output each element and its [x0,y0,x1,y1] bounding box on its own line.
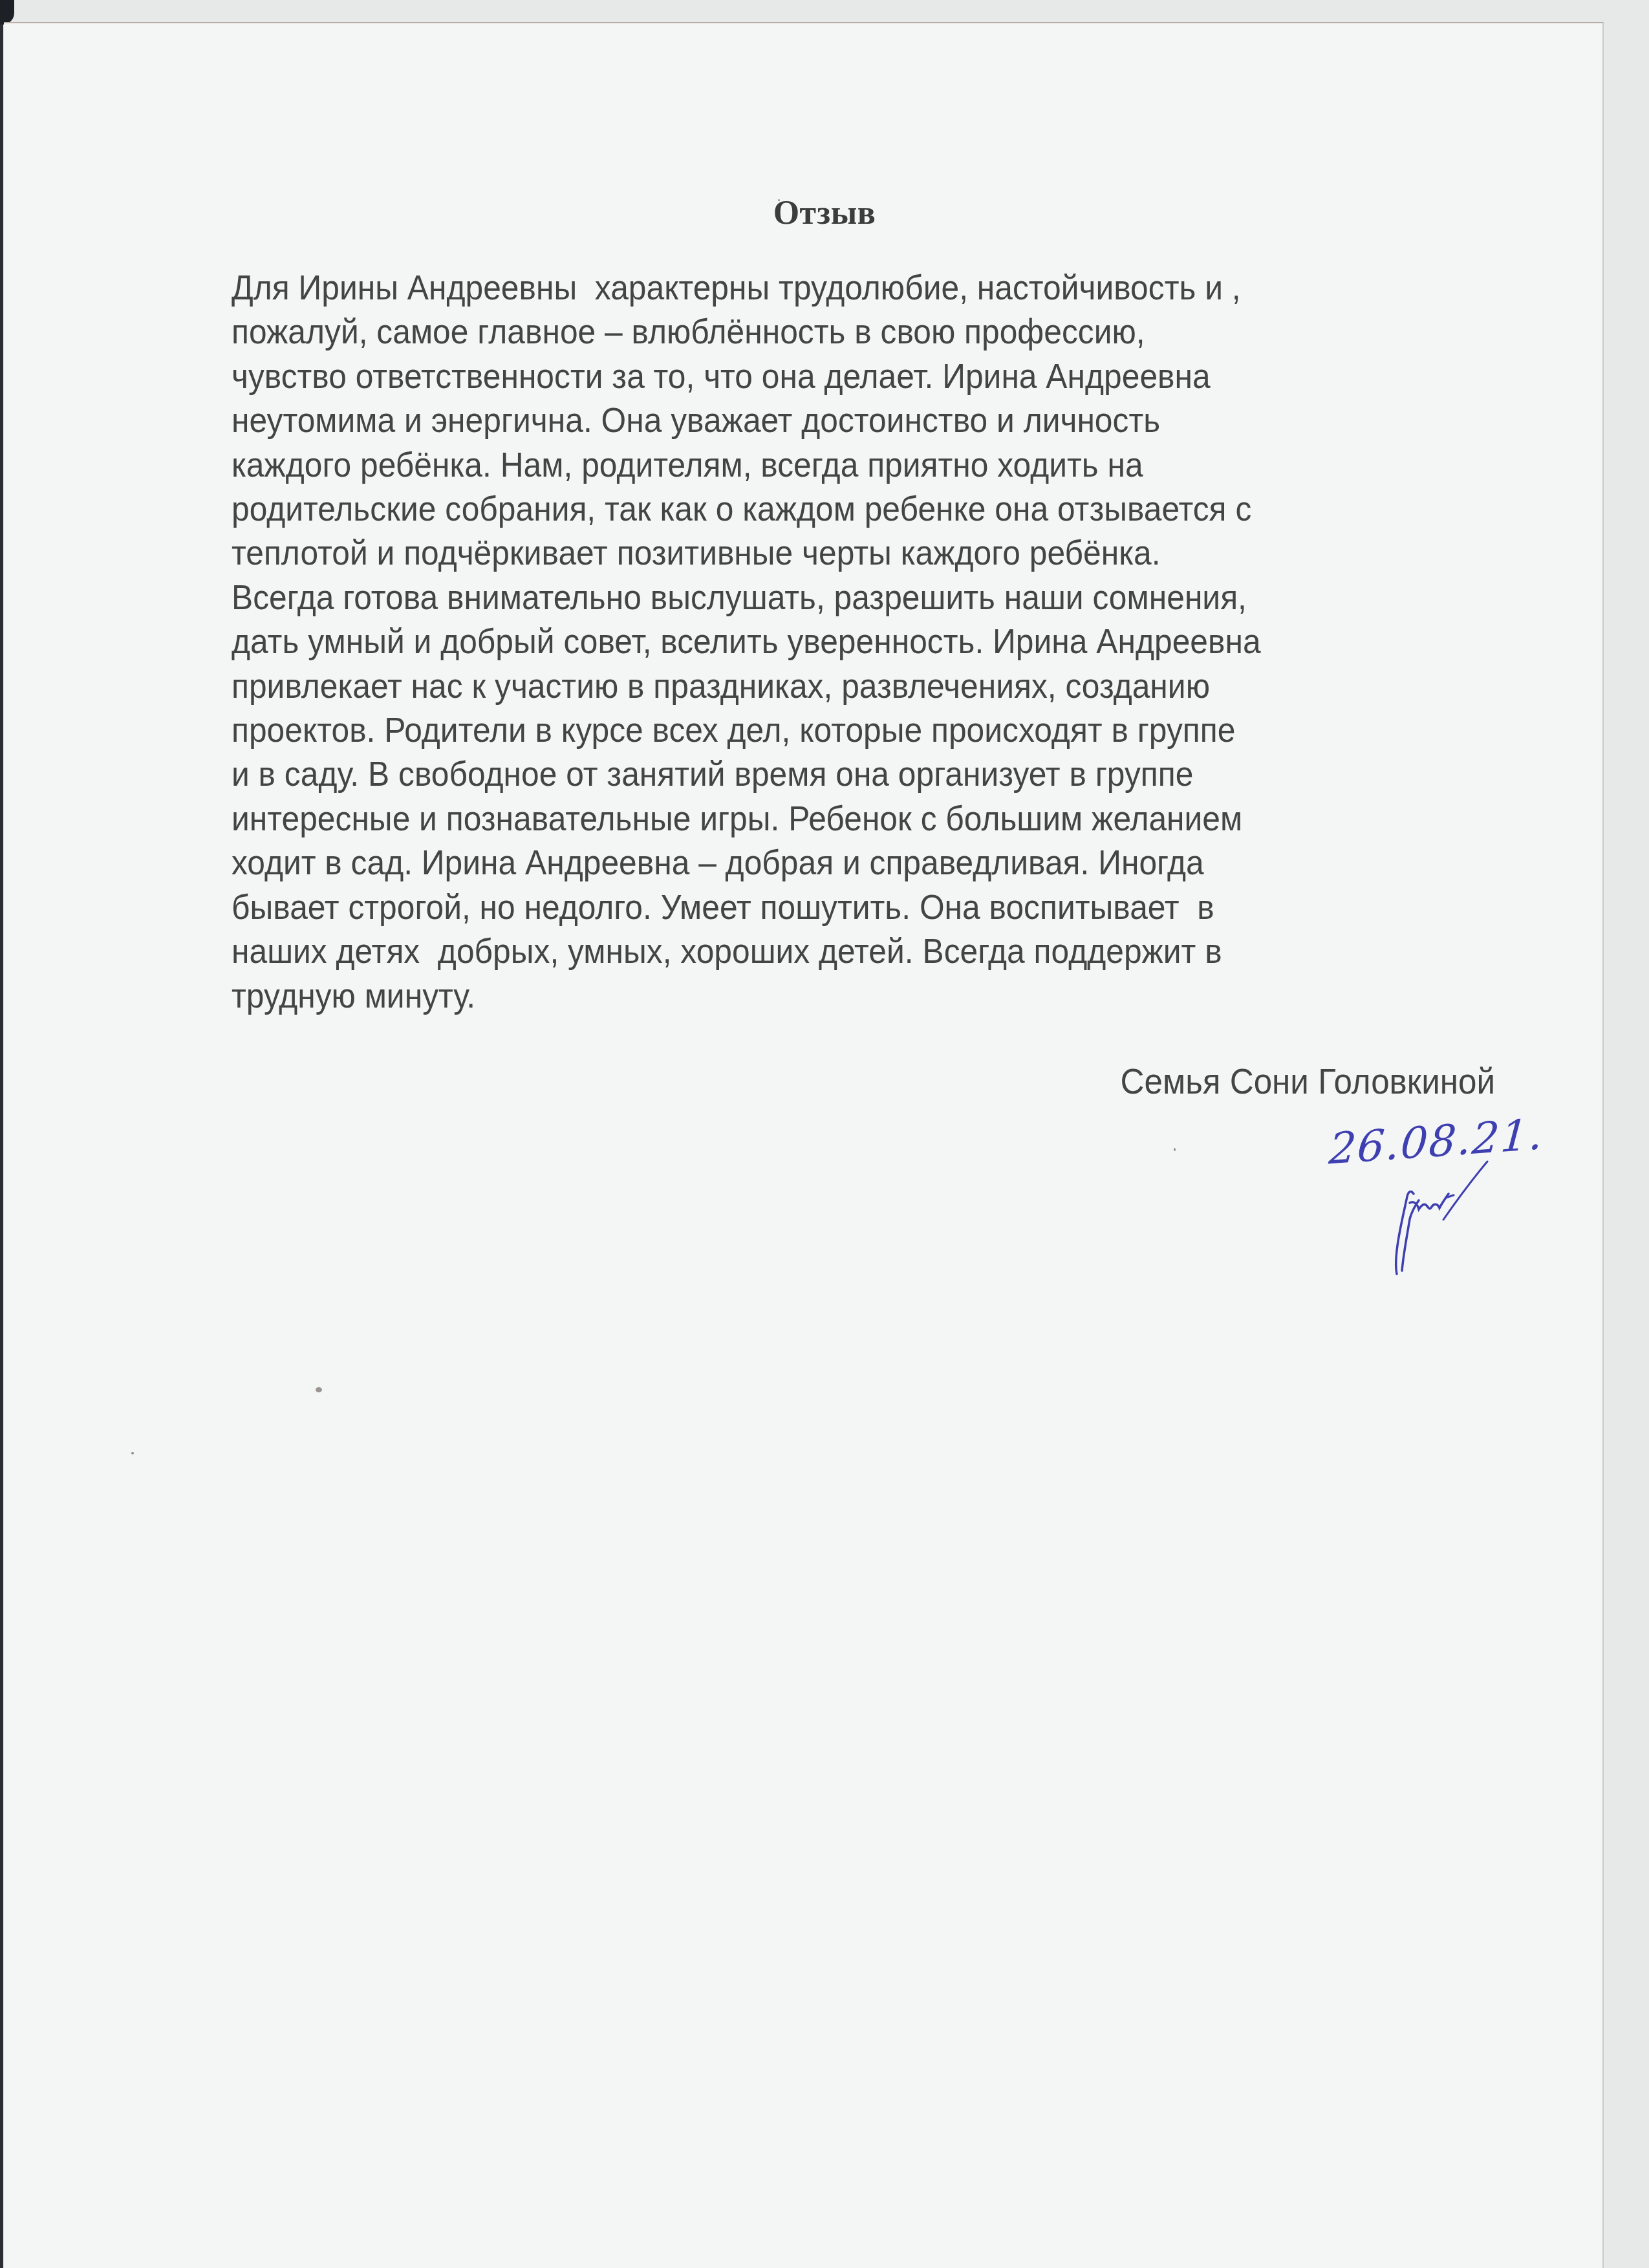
body-line: бывает строгой, но недолго. Умеет пошути… [232,886,1422,930]
body-line: ходит в сад. Ирина Андреевна – добрая и … [232,841,1422,885]
paper-speck [131,1452,134,1454]
body-line: интересные и познавательные игры. Ребено… [232,797,1422,841]
body-line: Всегда готова внимательно выслушать, раз… [232,576,1422,620]
body-line: чувство ответственности за то, что она д… [232,355,1422,399]
paper-speck [316,1387,322,1392]
paper-speck [1174,1148,1176,1151]
body-line: дать умный и добрый совет, вселить увере… [232,620,1422,664]
body-line: неутомима и энергична. Она уважает досто… [232,399,1422,443]
signatory-name: Семья Сони Головкиной [1121,1061,1495,1102]
body-line: наших детях добрых, умных, хороших детей… [232,930,1422,974]
body-line: привлекает нас к участию в праздниках, р… [232,665,1422,709]
body-line: трудную минуту. [232,975,1422,1019]
body-line: родительские собрания, так как о каждом … [232,488,1422,532]
body-line: теплотой и подчёркивает позитивные черты… [232,532,1422,576]
body-line: и в саду. В свободное от занятий время о… [232,753,1422,797]
handwritten-signature-icon [1384,1158,1513,1280]
body-line: пожалуй, самое главное – влюблённость в … [232,310,1422,354]
body-line: Для Ирины Андреевны характерны трудолюби… [232,266,1422,310]
body-line: проектов. Родители в курсе всех дел, кот… [232,709,1422,753]
review-body: Для Ирины Андреевны характерны трудолюби… [232,266,1422,1019]
scanner-edge-shadow [0,0,3,2268]
paper-speck [778,199,780,201]
body-line: каждого ребёнка. Нам, родителям, всегда … [232,444,1422,488]
document-title: Отзыв [0,194,1649,232]
